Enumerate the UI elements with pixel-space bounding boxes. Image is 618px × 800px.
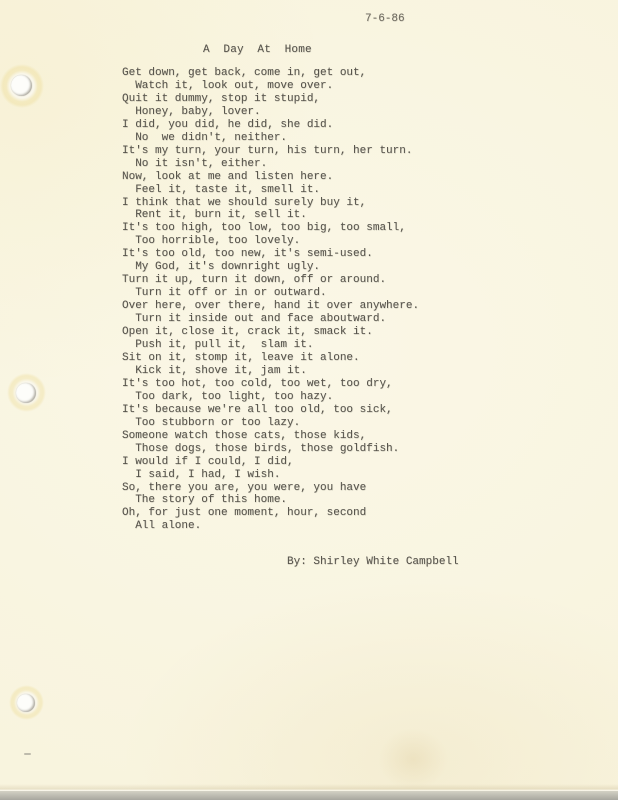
poem-title: A Day At Home — [203, 44, 312, 56]
scanned-page: 7-6-86 A Day At Home Get down, get back,… — [0, 0, 618, 800]
punch-hole-opening — [16, 383, 36, 403]
paper-stain — [378, 728, 448, 790]
scan-backing-strip — [0, 790, 618, 800]
paper-sheet: 7-6-86 A Day At Home Get down, get back,… — [0, 0, 618, 791]
paper-bottom-edge — [0, 784, 618, 791]
punch-hole-opening — [17, 694, 35, 712]
date: 7-6-86 — [365, 13, 405, 25]
author-byline: By: Shirley White Campbell — [287, 556, 459, 568]
punch-hole-opening — [11, 75, 32, 96]
poem-body: Get down, get back, come in, get out, Wa… — [122, 67, 419, 533]
scan-artifact-mark — [24, 753, 31, 755]
